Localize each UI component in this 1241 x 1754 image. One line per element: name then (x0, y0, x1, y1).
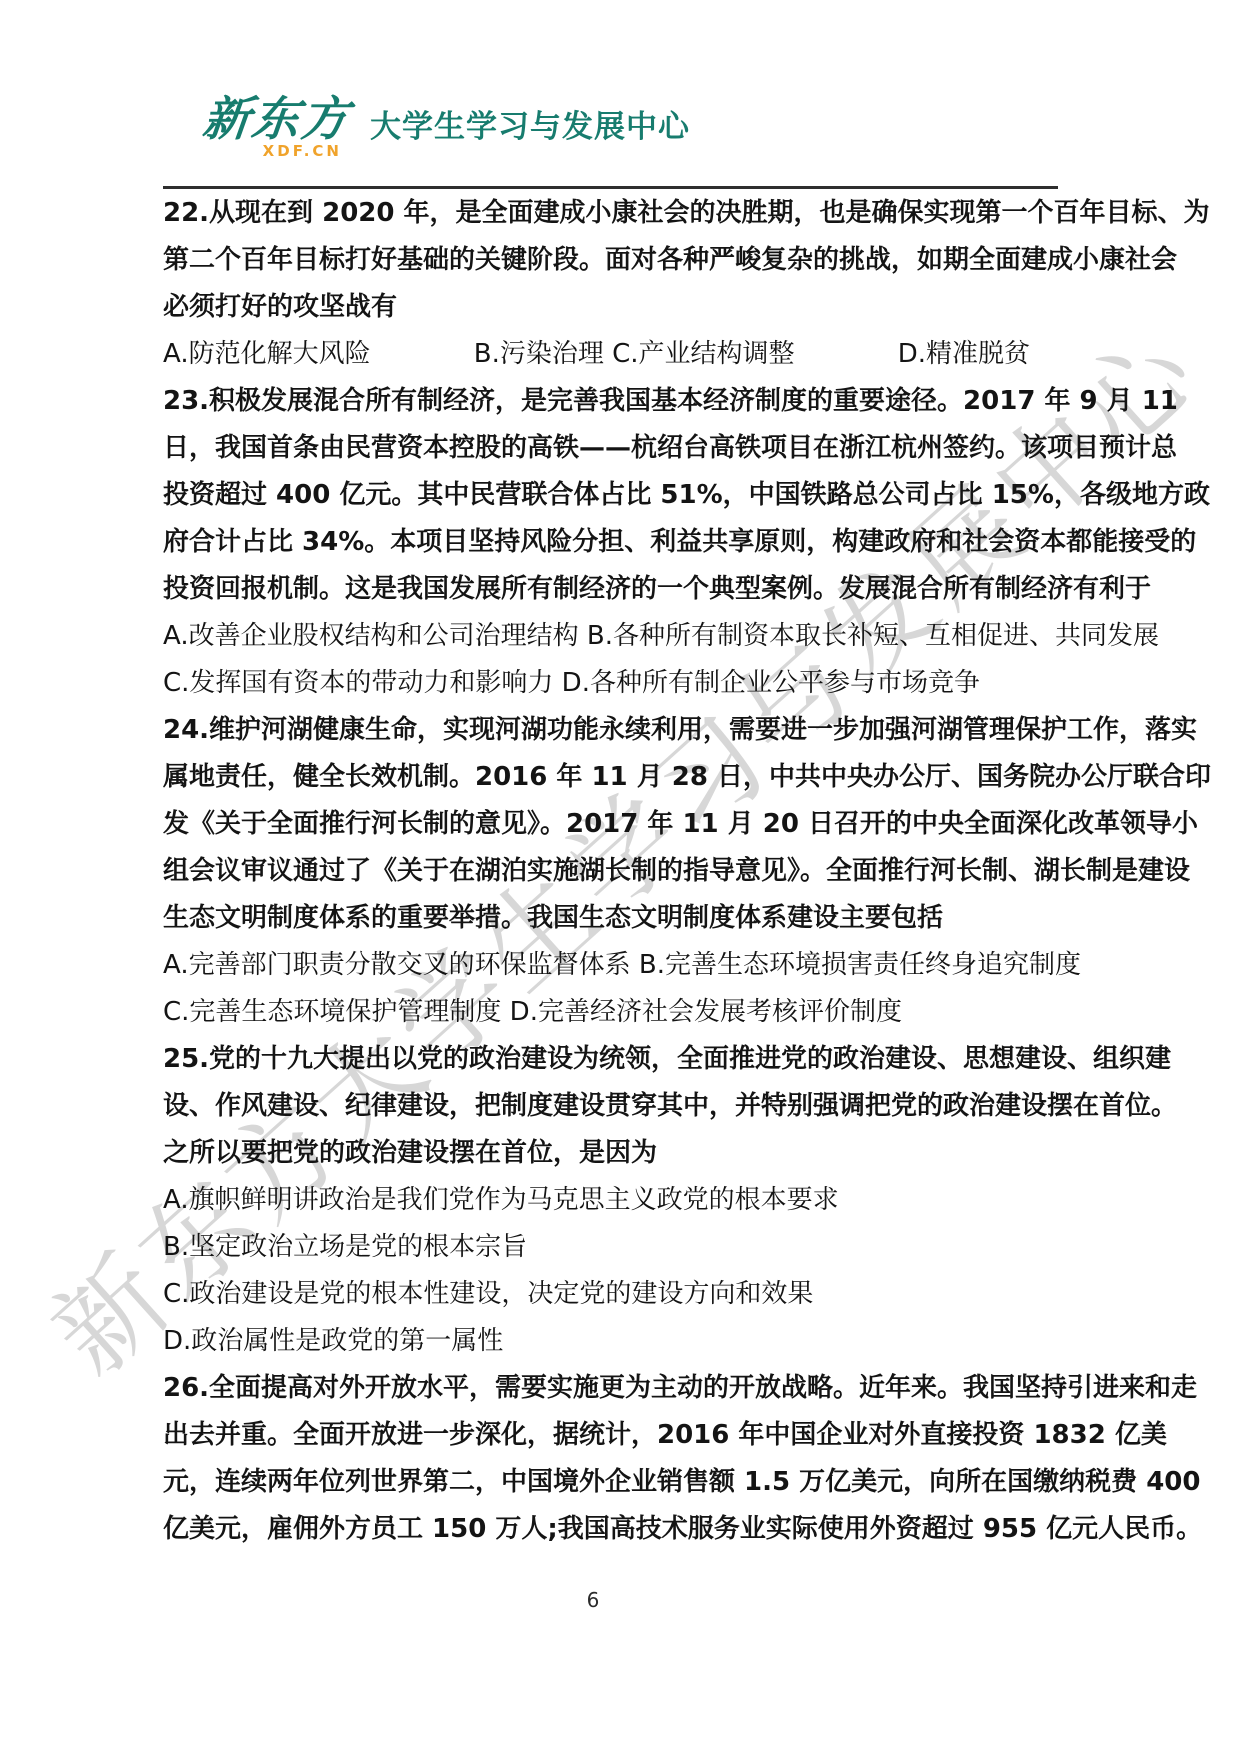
question-24: 24.维护河湖健康生命，实现河湖功能永续利用，需要进一步加强河湖管理保护工作，落… (163, 707, 1076, 1036)
exam-page: 新东方大学生学习与发展中心 新东方 XDF.CN 大学生学习与发展中心 22.从… (0, 0, 1241, 1754)
question-22-stem-line: 第二个百年目标打好基础的关键阶段。面对各种严峻复杂的挑战，如期全面建成小康社会 (163, 237, 1076, 284)
question-24-option-line: C.完善生态环境保护管理制度 D.完善经济社会发展考核评价制度 (163, 989, 1076, 1036)
question-25: 25.党的十九大提出以党的政治建设为统领，全面推进党的政治建设、思想建设、组织建… (163, 1036, 1076, 1365)
question-22-option-group: B.污染治理 C.产业结构调整 (474, 331, 795, 378)
header-divider (163, 186, 1058, 189)
question-23: 23.积极发展混合所有制经济，是完善我国基本经济制度的重要途径。2017 年 9… (163, 378, 1076, 707)
question-23-stem-line: 府合计占比 34%。本项目坚持风险分担、利益共享原则，构建政府和社会资本都能接受… (163, 519, 1076, 566)
question-24-stem-line: 组会议审议通过了《关于在湖泊实施湖长制的指导意见》。全面推行河长制、湖长制是建设 (163, 848, 1076, 895)
question-23-option-line: A.改善企业股权结构和公司治理结构 B.各种所有制资本取长补短、互相促进、共同发… (163, 613, 1076, 660)
question-24-stem-line: 生态文明制度体系的重要举措。我国生态文明制度体系建设主要包括 (163, 895, 1076, 942)
question-26-stem-line: 26.全面提高对外开放水平，需要实施更为主动的开放战略。近年来。我国坚持引进来和… (163, 1365, 1076, 1412)
question-22-options-row: A.防范化解大风险B.污染治理 C.产业结构调整D.精准脱贫 (163, 331, 1076, 378)
question-22-stem-line: 必须打好的攻坚战有 (163, 284, 1076, 331)
question-25-option-line: C.政治建设是党的根本性建设，决定党的建设方向和效果 (163, 1271, 1076, 1318)
question-24-stem-line: 24.维护河湖健康生命，实现河湖功能永续利用，需要进一步加强河湖管理保护工作，落… (163, 707, 1076, 754)
xdf-logo-wordmark: 新东方 (201, 96, 353, 143)
question-23-stem-line: 投资超过 400 亿元。其中民营联合体占比 51%，中国铁路总公司占比 15%，… (163, 472, 1076, 519)
question-26-stem-line: 元，连续两年位列世界第二，中国境外企业销售额 1.5 万亿美元，向所在国缴纳税费… (163, 1459, 1076, 1506)
questions-container: 22.从现在到 2020 年，是全面建成小康社会的决胜期，也是确保实现第一个百年… (163, 190, 1076, 1553)
page-number: 6 (163, 1588, 1023, 1612)
question-25-stem-line: 设、作风建设、纪律建设，把制度建设贯穿其中，并特别强调把党的政治建设摆在首位。 (163, 1083, 1076, 1130)
question-26-stem-line: 亿美元，雇佣外方员工 150 万人;我国高技术服务业实际使用外资超过 955 亿… (163, 1506, 1076, 1553)
page-header: 新东方 XDF.CN 大学生学习与发展中心 (203, 96, 690, 160)
question-22: 22.从现在到 2020 年，是全面建成小康社会的决胜期，也是确保实现第一个百年… (163, 190, 1076, 378)
question-25-stem-line: 25.党的十九大提出以党的政治建设为统领，全面推进党的政治建设、思想建设、组织建 (163, 1036, 1076, 1083)
question-24-option-line: A.完善部门职责分散交叉的环保监督体系 B.完善生态环境损害责任终身追究制度 (163, 942, 1076, 989)
question-23-option-line: C.发挥国有资本的带动力和影响力 D.各种所有制企业公平参与市场竞争 (163, 660, 1076, 707)
question-26-stem-line: 出去并重。全面开放进一步深化，据统计，2016 年中国企业对外直接投资 1832… (163, 1412, 1076, 1459)
question-22-option-group: A.防范化解大风险 (163, 331, 371, 378)
question-22-option-group: D.精准脱贫 (898, 331, 1030, 378)
question-24-stem-line: 属地责任，健全长效机制。2016 年 11 月 28 日，中共中央办公厅、国务院… (163, 754, 1076, 801)
header-title: 大学生学习与发展中心 (370, 101, 690, 156)
question-23-stem-line: 投资回报机制。这是我国发展所有制经济的一个典型案例。发展混合所有制经济有利于 (163, 566, 1076, 613)
question-25-option-line: D.政治属性是政党的第一属性 (163, 1318, 1076, 1365)
question-25-option-line: A.旗帜鲜明讲政治是我们党作为马克思主义政党的根本要求 (163, 1177, 1076, 1224)
question-25-stem-line: 之所以要把党的政治建设摆在首位，是因为 (163, 1130, 1076, 1177)
question-24-stem-line: 发《关于全面推行河长制的意见》。2017 年 11 月 20 日召开的中央全面深… (163, 801, 1076, 848)
question-25-option-line: B.坚定政治立场是党的根本宗旨 (163, 1224, 1076, 1271)
question-26: 26.全面提高对外开放水平，需要实施更为主动的开放战略。近年来。我国坚持引进来和… (163, 1365, 1076, 1553)
question-23-stem-line: 23.积极发展混合所有制经济，是完善我国基本经济制度的重要途径。2017 年 9… (163, 378, 1076, 425)
question-22-stem-line: 22.从现在到 2020 年，是全面建成小康社会的决胜期，也是确保实现第一个百年… (163, 190, 1076, 237)
xdf-logo: 新东方 XDF.CN (203, 96, 350, 160)
question-23-stem-line: 日，我国首条由民营资本控股的高铁——杭绍台高铁项目在浙江杭州签约。该项目预计总 (163, 425, 1076, 472)
